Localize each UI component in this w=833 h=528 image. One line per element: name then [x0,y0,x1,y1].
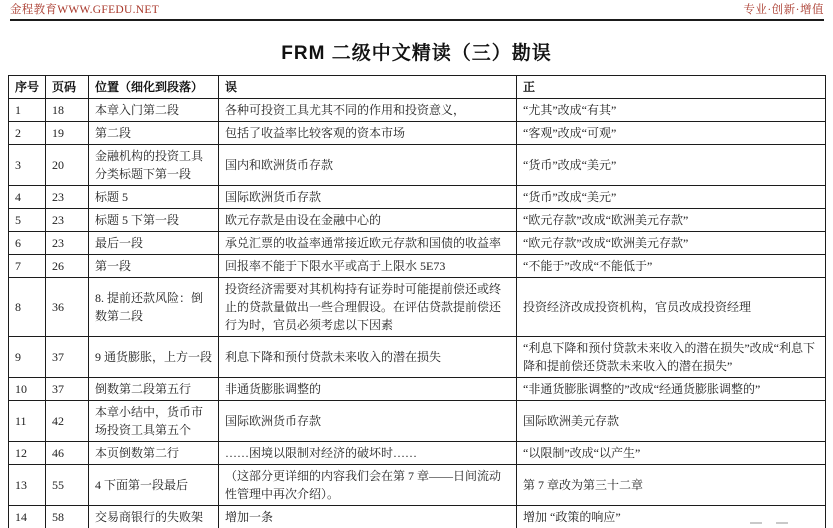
page-number-cell: 46 [46,442,89,465]
error-cell: 回报率不能于下限水平或高于上限水 5E73 [219,255,517,278]
errata-table-head: 序号 页码 位置（细化到段落） 误 正 [9,76,826,99]
page-number-cell: 37 [46,337,89,378]
column-header-no: 序号 [9,76,46,99]
table-row: 118本章入门第二段各种可投资工具尤其不同的作用和投资意义，“尤其”改成“有其” [9,99,826,122]
location-cell: 8. 提前还款风险：倒数第二段 [89,278,219,337]
page-number-cell: 36 [46,278,89,337]
error-cell: 非通货膨胀调整的 [219,378,517,401]
table-row: 1458交易商银行的失败架增加一条增加 “政策的响应” [9,506,826,528]
slogan-text: 专业·创新·增值 [743,1,824,17]
page-number-cell: 18 [46,99,89,122]
location-cell: 交易商银行的失败架 [89,506,219,528]
location-cell: 标题 5 [89,186,219,209]
location-cell: 9 通货膨胀，上方一段 [89,337,219,378]
page-title: FRM 二级中文精读（三）勘误 [0,38,833,65]
location-cell: 金融机构的投资工具分类标题下第一段 [89,145,219,186]
location-cell: 本章小结中，货币市场投资工具第五个 [89,401,219,442]
scan-artifact [750,522,788,524]
location-cell: 第二段 [89,122,219,145]
row-number-cell: 1 [9,99,46,122]
table-row: 1142本章小结中，货币市场投资工具第五个国际欧洲货币存款国际欧洲美元存款 [9,401,826,442]
page-header: 金程教育WWW.GFEDU.NET 专业·创新·增值 [10,4,824,21]
correction-cell: “客观”改成“可观” [517,122,826,145]
row-number-cell: 14 [9,506,46,528]
row-number-cell: 5 [9,209,46,232]
column-header-error: 误 [219,76,517,99]
error-cell: 承兑汇票的收益率通常接近欧元存款和国债的收益率 [219,232,517,255]
table-row: 623最后一段承兑汇票的收益率通常接近欧元存款和国债的收益率“欧元存款”改成“欧… [9,232,826,255]
error-cell: 国际欧洲货币存款 [219,401,517,442]
location-cell: 本章入门第二段 [89,99,219,122]
row-number-cell: 10 [9,378,46,401]
table-row: 8368. 提前还款风险：倒数第二段投资经济需要对其机构持有证券时可能提前偿还或… [9,278,826,337]
correction-cell: “欧元存款”改成“欧洲美元存款” [517,232,826,255]
correction-cell: “以限制”改成“以产生” [517,442,826,465]
column-header-correction: 正 [517,76,826,99]
location-cell: 4 下面第一段最后 [89,465,219,506]
correction-cell: 投资经济改成投资机构，官员改成投资经理 [517,278,826,337]
row-number-cell: 9 [9,337,46,378]
row-number-cell: 13 [9,465,46,506]
table-row: 320金融机构的投资工具分类标题下第一段国内和欧洲货币存款“货币”改成“美元” [9,145,826,186]
row-number-cell: 2 [9,122,46,145]
errata-table-body: 118本章入门第二段各种可投资工具尤其不同的作用和投资意义，“尤其”改成“有其”… [9,99,826,528]
correction-cell: “非通货膨胀调整的”改成“经通货膨胀调整的” [517,378,826,401]
page-number-cell: 42 [46,401,89,442]
correction-cell: “利息下降和预付贷款未来收入的潜在损失”改成“利息下降和提前偿还贷款未来收入的潜… [517,337,826,378]
error-cell: 欧元存款是由设在金融中心的 [219,209,517,232]
error-cell: 国际欧洲货币存款 [219,186,517,209]
table-row: 1246本页倒数第二行……困境以限制对经济的破坏时……“以限制”改成“以产生” [9,442,826,465]
row-number-cell: 3 [9,145,46,186]
page-number-cell: 23 [46,232,89,255]
errata-table: 序号 页码 位置（细化到段落） 误 正 118本章入门第二段各种可投资工具尤其不… [8,75,826,528]
correction-cell: “货币”改成“美元” [517,186,826,209]
correction-cell: 增加 “政策的响应” [517,506,826,528]
page-number-cell: 55 [46,465,89,506]
location-cell: 第一段 [89,255,219,278]
page-number-cell: 37 [46,378,89,401]
row-number-cell: 12 [9,442,46,465]
row-number-cell: 6 [9,232,46,255]
page-number-cell: 26 [46,255,89,278]
brand-text: 金程教育WWW.GFEDU.NET [10,1,159,17]
table-row: 523标题 5 下第一段欧元存款是由设在金融中心的“欧元存款”改成“欧洲美元存款… [9,209,826,232]
page-number-cell: 19 [46,122,89,145]
column-header-page: 页码 [46,76,89,99]
error-cell: 利息下降和预付贷款未来收入的潜在损失 [219,337,517,378]
row-number-cell: 11 [9,401,46,442]
table-row: 423标题 5国际欧洲货币存款“货币”改成“美元” [9,186,826,209]
location-cell: 倒数第二段第五行 [89,378,219,401]
location-cell: 最后一段 [89,232,219,255]
table-row: 726第一段回报率不能于下限水平或高于上限水 5E73“不能于”改成“不能低于” [9,255,826,278]
error-cell: 国内和欧洲货币存款 [219,145,517,186]
error-cell: 包括了收益率比较客观的资本市场 [219,122,517,145]
error-cell: （这部分更详细的内容我们会在第 7 章——日间流动性管理中再次介绍）。 [219,465,517,506]
scan-artifact-mark [750,522,762,524]
error-cell: 投资经济需要对其机构持有证券时可能提前偿还或终止的贷款量做出一些合理假设。在评估… [219,278,517,337]
error-cell: 增加一条 [219,506,517,528]
correction-cell: “尤其”改成“有其” [517,99,826,122]
error-cell: 各种可投资工具尤其不同的作用和投资意义， [219,99,517,122]
table-row: 1037倒数第二段第五行非通货膨胀调整的“非通货膨胀调整的”改成“经通货膨胀调整… [9,378,826,401]
row-number-cell: 4 [9,186,46,209]
location-cell: 标题 5 下第一段 [89,209,219,232]
location-cell: 本页倒数第二行 [89,442,219,465]
correction-cell: 第 7 章改为第三十二章 [517,465,826,506]
page-number-cell: 58 [46,506,89,528]
error-cell: ……困境以限制对经济的破坏时…… [219,442,517,465]
page-number-cell: 20 [46,145,89,186]
row-number-cell: 8 [9,278,46,337]
row-number-cell: 7 [9,255,46,278]
correction-cell: “货币”改成“美元” [517,145,826,186]
scan-artifact-mark [776,522,788,524]
page-number-cell: 23 [46,209,89,232]
table-row: 9379 通货膨胀，上方一段利息下降和预付贷款未来收入的潜在损失“利息下降和预付… [9,337,826,378]
page-number-cell: 23 [46,186,89,209]
table-row: 13554 下面第一段最后（这部分更详细的内容我们会在第 7 章——日间流动性管… [9,465,826,506]
column-header-location: 位置（细化到段落） [89,76,219,99]
document-page: 金程教育WWW.GFEDU.NET 专业·创新·增值 FRM 二级中文精读（三）… [0,0,833,528]
correction-cell: “欧元存款”改成“欧洲美元存款” [517,209,826,232]
correction-cell: “不能于”改成“不能低于” [517,255,826,278]
header-row: 序号 页码 位置（细化到段落） 误 正 [9,76,826,99]
correction-cell: 国际欧洲美元存款 [517,401,826,442]
table-row: 219第二段包括了收益率比较客观的资本市场“客观”改成“可观” [9,122,826,145]
